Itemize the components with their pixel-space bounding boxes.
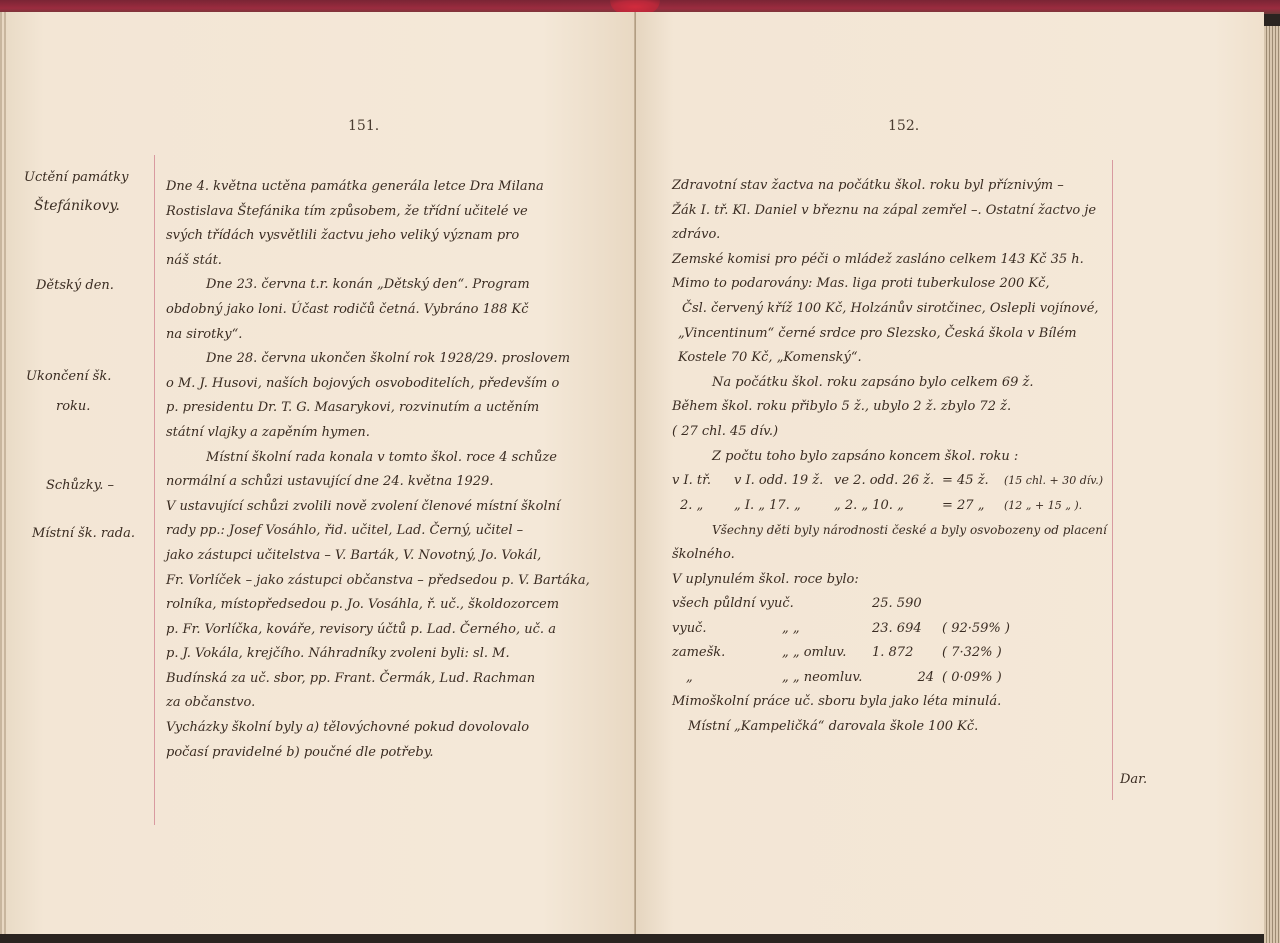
text-line: zdrávo.: [672, 223, 1112, 248]
attendance-row: „ „ „ neomluv. 24 ( 0·09% ): [672, 666, 1112, 691]
margin-note-line: roku.: [26, 399, 111, 415]
open-book: 151. Uctění památky Štefánikovy. Dětský …: [0, 12, 1280, 937]
margin-note-line: Místní šk. rada.: [32, 526, 135, 542]
margin-note-meetings: Schůzky. –: [46, 478, 114, 494]
text-line: V ustavující schůzi zvolili nově zvolení…: [166, 495, 626, 520]
text-line: svých třídách vysvětlili žactvu jeho vel…: [166, 224, 626, 249]
page-number: 152.: [888, 118, 919, 134]
attendance-qualifier: [782, 592, 872, 617]
left-page-body: Dne 4. května uctěna památka generála le…: [166, 175, 626, 765]
attendance-percent: ( 92·59% ): [942, 617, 1010, 642]
enrollment-total: = 27 „: [942, 494, 1004, 519]
attendance-row: vyuč. „ „ 23. 694 ( 92·59% ): [672, 617, 1112, 642]
margin-note-school-board: Místní šk. rada.: [32, 526, 135, 542]
text-line: Čsl. červený kříž 100 Kč, Holzánův sirot…: [672, 297, 1112, 322]
attendance-value: 23. 694: [872, 617, 942, 642]
right-page-body: Zdravotní stav žactva na počátku škol. r…: [672, 174, 1112, 740]
enrollment-total: = 45 ž.: [942, 469, 1004, 494]
enrollment-row: v I. tř. v I. odd. 19 ž. ve 2. odd. 26 ž…: [672, 469, 1112, 494]
right-page: 152. Dar. Zdravotní stav žactva na počát…: [636, 12, 1264, 934]
text-line: o M. J. Husovi, naších bojových osvobodi…: [166, 372, 626, 397]
margin-note-line: Schůzky. –: [46, 478, 114, 494]
margin-note-childrens-day: Dětský den.: [36, 278, 114, 294]
enrollment-row: 2. „ „ I. „ 17. „ „ 2. „ 10. „ = 27 „ (1…: [672, 494, 1112, 519]
text-line: Mimo to podarovány: Mas. liga proti tube…: [672, 272, 1112, 297]
margin-note-line: Dar.: [1120, 772, 1147, 788]
text-line: V uplynulém škol. roce bylo:: [672, 568, 1112, 593]
enrollment-class: 2. „: [672, 494, 734, 519]
text-line: na sirotky“.: [166, 323, 626, 348]
text-line: Zdravotní stav žactva na počátku škol. r…: [672, 174, 1112, 199]
text-line: obdobný jako loni. Účast rodičů četná. V…: [166, 298, 626, 323]
left-page: 151. Uctění památky Štefánikovy. Dětský …: [0, 12, 636, 934]
text-line: p. Fr. Vorlíčka, kováře, revisory účtů p…: [166, 618, 626, 643]
attendance-row: všech půldní vyuč. 25. 590: [672, 592, 1112, 617]
attendance-percent: ( 7·32% ): [942, 641, 1002, 666]
enrollment-dept1: „ I. „ 17. „: [734, 494, 834, 519]
attendance-label: vyuč.: [672, 617, 782, 642]
margin-note-line: Ukončení šk.: [26, 369, 111, 385]
text-line: Žák I. tř. Kl. Daniel v březnu na zápal …: [672, 199, 1112, 224]
enrollment-split: (15 chl. + 30 dív.): [1004, 469, 1103, 494]
attendance-label: „: [672, 666, 782, 691]
enrollment-dept1: v I. odd. 19 ž.: [734, 469, 834, 494]
text-line: ( 27 chl. 45 dív.): [672, 420, 1112, 445]
margin-note-line: Štefánikovy.: [24, 198, 128, 214]
attendance-label: zamešk.: [672, 641, 782, 666]
attendance-value: 24: [872, 666, 942, 691]
text-line: počasí pravidelné b) poučné dle potřeby.: [166, 741, 626, 766]
text-line: „Vincentinum“ černé srdce pro Slezsko, Č…: [672, 322, 1112, 347]
text-line: p. J. Vokála, krejčího. Náhradníky zvole…: [166, 642, 626, 667]
text-line: Místní školní rada konala v tomto škol. …: [166, 446, 626, 471]
margin-note-stefanik: Uctění památky Štefánikovy.: [24, 170, 128, 214]
text-line: Kostele 70 Kč, „Komenský“.: [672, 346, 1112, 371]
text-line: rady pp.: Josef Vosáhlo, řid. učitel, La…: [166, 519, 626, 544]
text-line: Rostislava Štefánika tím způsobem, že tř…: [166, 200, 626, 225]
text-line: rolníka, místopředsedou p. Jo. Vosáhla, …: [166, 593, 626, 618]
text-line: Dne 23. června t.r. konán „Dětský den“. …: [166, 273, 626, 298]
margin-note-donation: Dar.: [1120, 772, 1147, 788]
margin-note-line: Uctění památky: [24, 170, 128, 186]
text-line: Dne 28. června ukončen školní rok 1928/2…: [166, 347, 626, 372]
text-line: Budínská za uč. sbor, pp. Frant. Čermák,…: [166, 667, 626, 692]
text-line: státní vlajky a zapěním hymen.: [166, 421, 626, 446]
text-line: Dne 4. května uctěna památka generála le…: [166, 175, 626, 200]
margin-note-end-of-year: Ukončení šk. roku.: [26, 369, 111, 415]
page-edges: [1264, 26, 1280, 943]
text-line: náš stát.: [166, 249, 626, 274]
text-line: Během škol. roku přibylo 5 ž., ubylo 2 ž…: [672, 395, 1112, 420]
attendance-row: zamešk. „ „ omluv. 1. 872 ( 7·32% ): [672, 641, 1112, 666]
attendance-qualifier: „ „ omluv.: [782, 641, 872, 666]
margin-rule: [154, 155, 155, 825]
attendance-percent: ( 0·09% ): [942, 666, 1002, 691]
attendance-value: 25. 590: [872, 592, 942, 617]
text-line: za občanstvo.: [166, 691, 626, 716]
enrollment-dept2: „ 2. „ 10. „: [834, 494, 942, 519]
page-number: 151.: [348, 118, 379, 134]
attendance-label: všech půldní vyuč.: [672, 592, 782, 617]
attendance-qualifier: „ „: [782, 617, 872, 642]
text-line: Zemské komisi pro péči o mládež zasláno …: [672, 248, 1112, 273]
attendance-value: 1. 872: [872, 641, 942, 666]
text-line: Vycházky školní byly a) tělovýchovné pok…: [166, 716, 626, 741]
text-line: Všechny děti byly národnosti české a byl…: [672, 518, 1112, 543]
attendance-qualifier: „ „ neomluv.: [782, 666, 872, 691]
text-line: školného.: [672, 543, 1112, 568]
margin-note-line: Dětský den.: [36, 278, 114, 294]
text-line: normální a schůzi ustavující dne 24. kvě…: [166, 470, 626, 495]
text-line: Místní „Kampeličká“ darovala škole 100 K…: [672, 715, 1112, 740]
text-line: p. presidentu Dr. T. G. Masarykovi, rozv…: [166, 396, 626, 421]
enrollment-split: (12 „ + 15 „ ).: [1004, 494, 1082, 519]
margin-rule: [1112, 160, 1113, 800]
enrollment-dept2: ve 2. odd. 26 ž.: [834, 469, 942, 494]
text-line: Fr. Vorlíček – jako zástupci občanstva –…: [166, 569, 626, 594]
text-line: Z počtu toho bylo zapsáno koncem škol. r…: [672, 445, 1112, 470]
text-line: jako zástupci učitelstva – V. Barták, V.…: [166, 544, 626, 569]
enrollment-class: v I. tř.: [672, 469, 734, 494]
text-line: Mimoškolní práce uč. sboru byla jako lét…: [672, 690, 1112, 715]
text-line: Na počátku škol. roku zapsáno bylo celke…: [672, 371, 1112, 396]
